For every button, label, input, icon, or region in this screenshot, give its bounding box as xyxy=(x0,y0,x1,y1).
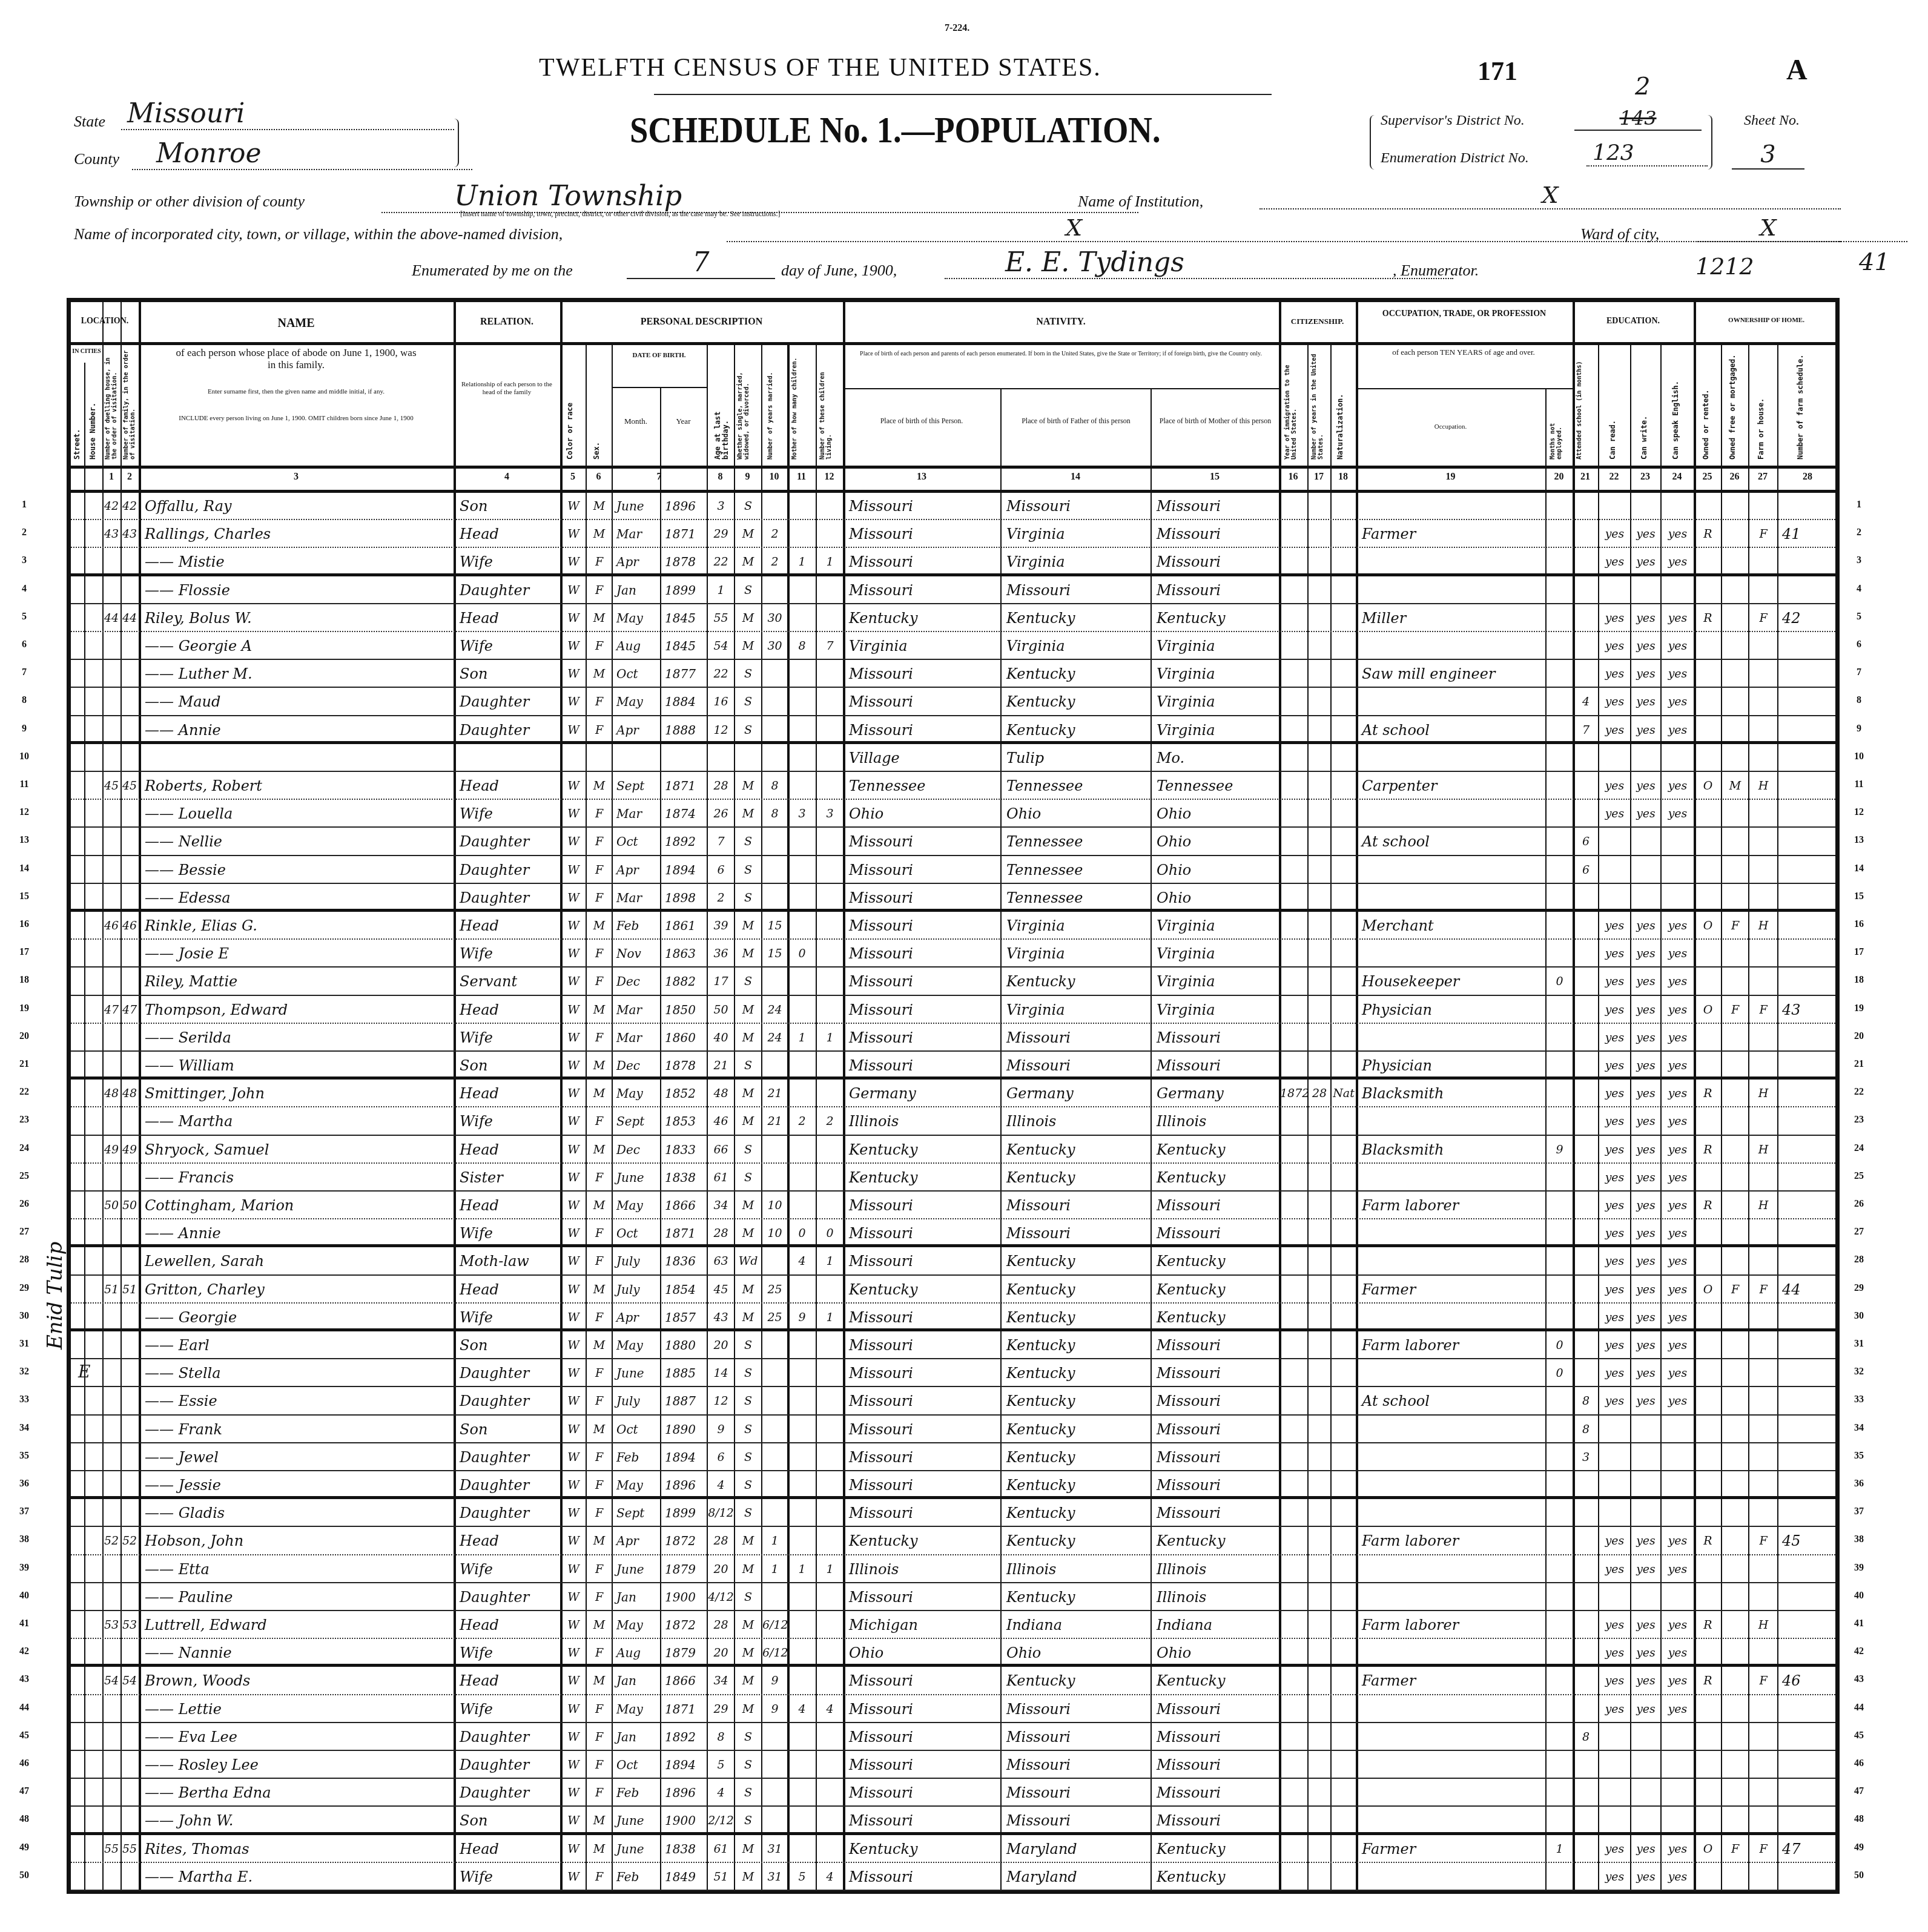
years-married-cell[interactable] xyxy=(762,1052,787,1080)
relation-cell[interactable]: Daughter xyxy=(456,1779,559,1807)
immigration-year-cell[interactable] xyxy=(1280,1331,1307,1359)
years-married-cell[interactable] xyxy=(762,716,787,744)
can-write-cell[interactable] xyxy=(1631,744,1660,772)
naturalization-cell[interactable] xyxy=(1332,1667,1356,1695)
occupation-cell[interactable] xyxy=(1358,1359,1545,1387)
immigration-year-cell[interactable] xyxy=(1280,1416,1307,1443)
immigration-year-cell[interactable] xyxy=(1280,1527,1307,1555)
occupation-cell[interactable] xyxy=(1358,800,1545,828)
farm-or-house-cell[interactable] xyxy=(1749,632,1777,660)
school-months-cell[interactable] xyxy=(1574,1107,1598,1135)
children-born-cell[interactable]: 1 xyxy=(788,1555,816,1583)
owned-rented-cell[interactable] xyxy=(1695,1471,1721,1499)
can-speak-english-cell[interactable]: yes xyxy=(1662,1107,1694,1135)
school-months-cell[interactable] xyxy=(1574,632,1598,660)
children-born-cell[interactable] xyxy=(788,492,816,520)
immigration-year-cell[interactable] xyxy=(1280,1835,1307,1863)
family-number-cell[interactable] xyxy=(120,1304,139,1331)
owned-rented-cell[interactable] xyxy=(1695,1443,1721,1471)
months-unemployed-cell[interactable] xyxy=(1547,1779,1573,1807)
mother-birthplace-cell[interactable]: Missouri xyxy=(1153,1751,1279,1779)
birth-year-cell[interactable]: 1849 xyxy=(661,1863,707,1891)
farm-schedule-number-cell[interactable] xyxy=(1778,688,1838,716)
immigration-year-cell[interactable] xyxy=(1280,968,1307,995)
family-number-cell[interactable]: 50 xyxy=(120,1192,139,1219)
school-months-cell[interactable] xyxy=(1574,1807,1598,1835)
farm-schedule-number-cell[interactable] xyxy=(1778,884,1838,912)
children-born-cell[interactable] xyxy=(788,1779,816,1807)
owned-free-mortgaged-cell[interactable] xyxy=(1722,1304,1748,1331)
person-name-cell[interactable]: Rites, Thomas xyxy=(141,1835,451,1863)
farm-schedule-number-cell[interactable]: 44 xyxy=(1778,1276,1838,1304)
months-unemployed-cell[interactable] xyxy=(1547,1052,1573,1080)
occupation-cell[interactable] xyxy=(1358,884,1545,912)
dwelling-number-cell[interactable] xyxy=(102,968,120,995)
sex-cell[interactable]: M xyxy=(587,1136,612,1164)
school-months-cell[interactable] xyxy=(1574,800,1598,828)
occupation-cell[interactable] xyxy=(1358,1416,1545,1443)
sex-cell[interactable]: F xyxy=(587,1639,612,1667)
immigration-year-cell[interactable] xyxy=(1280,1695,1307,1723)
owned-free-mortgaged-cell[interactable] xyxy=(1722,1611,1748,1639)
birth-year-cell[interactable]: 1838 xyxy=(661,1835,707,1863)
state-field[interactable]: Missouri xyxy=(121,98,454,130)
farm-or-house-cell[interactable] xyxy=(1749,1164,1777,1192)
farm-schedule-number-cell[interactable] xyxy=(1778,1751,1838,1779)
can-speak-english-cell[interactable]: yes xyxy=(1662,1863,1694,1891)
years-in-us-cell[interactable] xyxy=(1309,968,1330,995)
birthplace-cell[interactable]: Missouri xyxy=(845,940,1000,968)
birth-month-cell[interactable]: Sept xyxy=(613,1107,660,1135)
birth-year-cell[interactable]: 1890 xyxy=(661,1416,707,1443)
children-born-cell[interactable] xyxy=(788,1751,816,1779)
years-in-us-cell[interactable] xyxy=(1309,1499,1330,1527)
can-write-cell[interactable] xyxy=(1631,492,1660,520)
can-speak-english-cell[interactable]: yes xyxy=(1662,604,1694,632)
birthplace-cell[interactable]: Illinois xyxy=(845,1555,1000,1583)
can-speak-english-cell[interactable]: yes xyxy=(1662,1611,1694,1639)
years-married-cell[interactable] xyxy=(762,856,787,884)
owned-free-mortgaged-cell[interactable] xyxy=(1722,1583,1748,1611)
can-read-cell[interactable]: yes xyxy=(1599,1304,1630,1331)
owned-rented-cell[interactable] xyxy=(1695,1247,1721,1275)
marital-status-cell[interactable]: S xyxy=(735,1359,761,1387)
dwelling-number-cell[interactable]: 43 xyxy=(102,520,120,548)
relation-cell[interactable]: Son xyxy=(456,660,559,688)
mother-birthplace-cell[interactable]: Kentucky xyxy=(1153,1276,1279,1304)
person-name-cell[interactable]: Offallu, Ray xyxy=(141,492,451,520)
dwelling-number-cell[interactable] xyxy=(102,688,120,716)
mother-birthplace-cell[interactable]: Missouri xyxy=(1153,1387,1279,1415)
relation-cell[interactable]: Head xyxy=(456,604,559,632)
years-married-cell[interactable] xyxy=(762,884,787,912)
occupation-cell[interactable]: Physician xyxy=(1358,996,1545,1024)
children-born-cell[interactable] xyxy=(788,1276,816,1304)
color-race-cell[interactable]: W xyxy=(561,800,586,828)
farm-or-house-cell[interactable] xyxy=(1749,1583,1777,1611)
months-unemployed-cell[interactable] xyxy=(1547,1667,1573,1695)
person-name-cell[interactable]: —— Lettie xyxy=(141,1695,451,1723)
family-number-cell[interactable]: 54 xyxy=(120,1667,139,1695)
mother-birthplace-cell[interactable]: Ohio xyxy=(1153,828,1279,856)
family-number-cell[interactable] xyxy=(120,716,139,744)
family-number-cell[interactable]: 44 xyxy=(120,604,139,632)
children-living-cell[interactable] xyxy=(817,1192,843,1219)
relation-cell[interactable]: Daughter xyxy=(456,1443,559,1471)
school-months-cell[interactable] xyxy=(1574,1583,1598,1611)
owned-free-mortgaged-cell[interactable] xyxy=(1722,1052,1748,1080)
naturalization-cell[interactable] xyxy=(1332,940,1356,968)
months-unemployed-cell[interactable] xyxy=(1547,912,1573,940)
children-living-cell[interactable] xyxy=(817,1136,843,1164)
marital-status-cell[interactable]: M xyxy=(735,1555,761,1583)
marital-status-cell[interactable]: M xyxy=(735,1080,761,1107)
dwelling-number-cell[interactable]: 48 xyxy=(102,1080,120,1107)
person-name-cell[interactable]: —— Pauline xyxy=(141,1583,451,1611)
father-birthplace-cell[interactable]: Missouri xyxy=(1003,1192,1151,1219)
school-months-cell[interactable]: 8 xyxy=(1574,1387,1598,1415)
marital-status-cell[interactable]: S xyxy=(735,1136,761,1164)
children-living-cell[interactable] xyxy=(817,1835,843,1863)
school-months-cell[interactable] xyxy=(1574,1611,1598,1639)
dwelling-number-cell[interactable]: 42 xyxy=(102,492,120,520)
marital-status-cell[interactable]: M xyxy=(735,996,761,1024)
relation-cell[interactable]: Son xyxy=(456,1052,559,1080)
months-unemployed-cell[interactable] xyxy=(1547,520,1573,548)
age-cell[interactable]: 5 xyxy=(708,1751,734,1779)
color-race-cell[interactable]: W xyxy=(561,492,586,520)
years-in-us-cell[interactable] xyxy=(1309,744,1330,772)
birth-year-cell[interactable]: 1838 xyxy=(661,1164,707,1192)
dwelling-number-cell[interactable] xyxy=(102,660,120,688)
school-months-cell[interactable]: 4 xyxy=(1574,688,1598,716)
marital-status-cell[interactable]: S xyxy=(735,884,761,912)
birth-month-cell[interactable]: Aug xyxy=(613,632,660,660)
school-months-cell[interactable] xyxy=(1574,912,1598,940)
can-speak-english-cell[interactable]: yes xyxy=(1662,1052,1694,1080)
father-birthplace-cell[interactable]: Missouri xyxy=(1003,1807,1151,1835)
immigration-year-cell[interactable] xyxy=(1280,828,1307,856)
school-months-cell[interactable] xyxy=(1574,968,1598,995)
years-married-cell[interactable] xyxy=(762,492,787,520)
color-race-cell[interactable]: W xyxy=(561,1723,586,1751)
years-married-cell[interactable]: 30 xyxy=(762,604,787,632)
relation-cell[interactable]: Wife xyxy=(456,1219,559,1247)
person-name-cell[interactable]: —— Louella xyxy=(141,800,451,828)
relation-cell[interactable]: Head xyxy=(456,996,559,1024)
father-birthplace-cell[interactable]: Missouri xyxy=(1003,1219,1151,1247)
birth-year-cell[interactable]: 1879 xyxy=(661,1639,707,1667)
mother-birthplace-cell[interactable]: Kentucky xyxy=(1153,1527,1279,1555)
occupation-cell[interactable]: Blacksmith xyxy=(1358,1080,1545,1107)
months-unemployed-cell[interactable]: 0 xyxy=(1547,1359,1573,1387)
school-months-cell[interactable]: 3 xyxy=(1574,1443,1598,1471)
owned-free-mortgaged-cell[interactable] xyxy=(1722,744,1748,772)
occupation-cell[interactable] xyxy=(1358,1863,1545,1891)
months-unemployed-cell[interactable]: 1 xyxy=(1547,1835,1573,1863)
occupation-cell[interactable] xyxy=(1358,1555,1545,1583)
years-married-cell[interactable]: 15 xyxy=(762,940,787,968)
years-in-us-cell[interactable] xyxy=(1309,800,1330,828)
farm-or-house-cell[interactable] xyxy=(1749,1751,1777,1779)
farm-schedule-number-cell[interactable] xyxy=(1778,660,1838,688)
children-born-cell[interactable]: 8 xyxy=(788,632,816,660)
months-unemployed-cell[interactable] xyxy=(1547,1024,1573,1052)
farm-schedule-number-cell[interactable] xyxy=(1778,912,1838,940)
owned-free-mortgaged-cell[interactable] xyxy=(1722,1247,1748,1275)
birth-month-cell[interactable] xyxy=(613,744,660,772)
marital-status-cell[interactable]: S xyxy=(735,1387,761,1415)
birth-month-cell[interactable]: Aug xyxy=(613,1639,660,1667)
birthplace-cell[interactable]: Missouri xyxy=(845,1779,1000,1807)
occupation-cell[interactable]: Merchant xyxy=(1358,912,1545,940)
immigration-year-cell[interactable] xyxy=(1280,660,1307,688)
farm-schedule-number-cell[interactable] xyxy=(1778,1723,1838,1751)
years-married-cell[interactable]: 10 xyxy=(762,1192,787,1219)
color-race-cell[interactable]: W xyxy=(561,1835,586,1863)
children-born-cell[interactable] xyxy=(788,1835,816,1863)
owned-free-mortgaged-cell[interactable]: F xyxy=(1722,996,1748,1024)
enumeration-district-field[interactable]: 123 xyxy=(1586,140,1708,166)
birthplace-cell[interactable]: Virginia xyxy=(845,632,1000,660)
birth-month-cell[interactable]: Oct xyxy=(613,660,660,688)
sex-cell[interactable]: F xyxy=(587,940,612,968)
birthplace-cell[interactable]: Missouri xyxy=(845,1499,1000,1527)
dwelling-number-cell[interactable] xyxy=(102,1164,120,1192)
months-unemployed-cell[interactable] xyxy=(1547,1107,1573,1135)
can-speak-english-cell[interactable] xyxy=(1662,1499,1694,1527)
relation-cell[interactable] xyxy=(456,744,559,772)
children-living-cell[interactable] xyxy=(817,1052,843,1080)
father-birthplace-cell[interactable]: Kentucky xyxy=(1003,968,1151,995)
occupation-cell[interactable] xyxy=(1358,1304,1545,1331)
years-married-cell[interactable] xyxy=(762,968,787,995)
can-read-cell[interactable]: yes xyxy=(1599,1611,1630,1639)
dwelling-number-cell[interactable] xyxy=(102,1247,120,1275)
father-birthplace-cell[interactable]: Virginia xyxy=(1003,940,1151,968)
months-unemployed-cell[interactable]: 9 xyxy=(1547,1136,1573,1164)
children-born-cell[interactable] xyxy=(788,1080,816,1107)
can-read-cell[interactable]: yes xyxy=(1599,632,1630,660)
owned-free-mortgaged-cell[interactable]: F xyxy=(1722,1835,1748,1863)
farm-schedule-number-cell[interactable] xyxy=(1778,716,1838,744)
immigration-year-cell[interactable] xyxy=(1280,1107,1307,1135)
age-cell[interactable]: 8 xyxy=(708,1723,734,1751)
sex-cell[interactable] xyxy=(587,744,612,772)
can-read-cell[interactable]: yes xyxy=(1599,1276,1630,1304)
birthplace-cell[interactable]: Kentucky xyxy=(845,1835,1000,1863)
years-married-cell[interactable] xyxy=(762,688,787,716)
color-race-cell[interactable]: W xyxy=(561,1136,586,1164)
age-cell[interactable]: 29 xyxy=(708,520,734,548)
children-born-cell[interactable] xyxy=(788,1136,816,1164)
marital-status-cell[interactable]: S xyxy=(735,1164,761,1192)
farm-or-house-cell[interactable] xyxy=(1749,1304,1777,1331)
birth-year-cell[interactable]: 1872 xyxy=(661,1527,707,1555)
owned-free-mortgaged-cell[interactable]: F xyxy=(1722,1276,1748,1304)
birth-month-cell[interactable]: Oct xyxy=(613,1219,660,1247)
birth-year-cell[interactable]: 1857 xyxy=(661,1304,707,1331)
birth-year-cell[interactable]: 1882 xyxy=(661,968,707,995)
sex-cell[interactable]: F xyxy=(587,1499,612,1527)
father-birthplace-cell[interactable]: Kentucky xyxy=(1003,716,1151,744)
mother-birthplace-cell[interactable]: Missouri xyxy=(1153,1331,1279,1359)
person-name-cell[interactable]: —— Josie E xyxy=(141,940,451,968)
children-living-cell[interactable]: 1 xyxy=(817,1247,843,1275)
months-unemployed-cell[interactable]: 0 xyxy=(1547,1331,1573,1359)
person-name-cell[interactable]: Rallings, Charles xyxy=(141,520,451,548)
can-speak-english-cell[interactable] xyxy=(1662,1443,1694,1471)
immigration-year-cell[interactable] xyxy=(1280,1779,1307,1807)
birth-month-cell[interactable]: Oct xyxy=(613,828,660,856)
children-born-cell[interactable]: 0 xyxy=(788,940,816,968)
naturalization-cell[interactable] xyxy=(1332,1304,1356,1331)
can-read-cell[interactable] xyxy=(1599,744,1630,772)
sheet-number-field[interactable]: 3 xyxy=(1732,140,1804,170)
children-living-cell[interactable] xyxy=(817,1667,843,1695)
months-unemployed-cell[interactable] xyxy=(1547,828,1573,856)
owned-free-mortgaged-cell[interactable] xyxy=(1722,632,1748,660)
owned-free-mortgaged-cell[interactable] xyxy=(1722,1779,1748,1807)
can-speak-english-cell[interactable]: yes xyxy=(1662,1219,1694,1247)
birth-year-cell[interactable]: 1878 xyxy=(661,1052,707,1080)
children-born-cell[interactable] xyxy=(788,1611,816,1639)
family-number-cell[interactable]: 42 xyxy=(120,492,139,520)
person-name-cell[interactable]: —— Nellie xyxy=(141,828,451,856)
age-cell[interactable]: 29 xyxy=(708,1695,734,1723)
owned-free-mortgaged-cell[interactable] xyxy=(1722,1639,1748,1667)
father-birthplace-cell[interactable]: Maryland xyxy=(1003,1863,1151,1891)
can-speak-english-cell[interactable]: yes xyxy=(1662,548,1694,576)
sex-cell[interactable]: F xyxy=(587,1443,612,1471)
children-living-cell[interactable] xyxy=(817,660,843,688)
birthplace-cell[interactable]: Missouri xyxy=(845,968,1000,995)
owned-rented-cell[interactable] xyxy=(1695,1555,1721,1583)
years-in-us-cell[interactable] xyxy=(1309,716,1330,744)
owned-rented-cell[interactable] xyxy=(1695,1723,1721,1751)
can-read-cell[interactable] xyxy=(1599,1443,1630,1471)
children-born-cell[interactable] xyxy=(788,1583,816,1611)
family-number-cell[interactable]: 47 xyxy=(120,996,139,1024)
years-in-us-cell[interactable] xyxy=(1309,1639,1330,1667)
dwelling-number-cell[interactable] xyxy=(102,800,120,828)
farm-schedule-number-cell[interactable]: 45 xyxy=(1778,1527,1838,1555)
can-read-cell[interactable]: yes xyxy=(1599,1164,1630,1192)
marital-status-cell[interactable]: M xyxy=(735,1835,761,1863)
owned-rented-cell[interactable] xyxy=(1695,576,1721,604)
dwelling-number-cell[interactable] xyxy=(102,1416,120,1443)
can-write-cell[interactable]: yes xyxy=(1631,1695,1660,1723)
birthplace-cell[interactable]: Tennessee xyxy=(845,772,1000,800)
can-read-cell[interactable]: yes xyxy=(1599,800,1630,828)
dwelling-number-cell[interactable] xyxy=(102,1695,120,1723)
occupation-cell[interactable] xyxy=(1358,940,1545,968)
birth-month-cell[interactable]: Apr xyxy=(613,548,660,576)
farm-schedule-number-cell[interactable] xyxy=(1778,744,1838,772)
farm-or-house-cell[interactable]: H xyxy=(1749,1080,1777,1107)
farm-or-house-cell[interactable] xyxy=(1749,1024,1777,1052)
can-read-cell[interactable] xyxy=(1599,1779,1630,1807)
can-speak-english-cell[interactable]: yes xyxy=(1662,772,1694,800)
marital-status-cell[interactable]: S xyxy=(735,828,761,856)
family-number-cell[interactable] xyxy=(120,1863,139,1891)
months-unemployed-cell[interactable] xyxy=(1547,1219,1573,1247)
age-cell[interactable]: 61 xyxy=(708,1835,734,1863)
naturalization-cell[interactable] xyxy=(1332,1164,1356,1192)
mother-birthplace-cell[interactable]: Missouri xyxy=(1153,576,1279,604)
father-birthplace-cell[interactable]: Illinois xyxy=(1003,1107,1151,1135)
person-name-cell[interactable]: —— Rosley Lee xyxy=(141,1751,451,1779)
owned-rented-cell[interactable]: O xyxy=(1695,1835,1721,1863)
father-birthplace-cell[interactable]: Virginia xyxy=(1003,632,1151,660)
birth-year-cell[interactable]: 1878 xyxy=(661,548,707,576)
years-married-cell[interactable] xyxy=(762,744,787,772)
birthplace-cell[interactable]: Kentucky xyxy=(845,1276,1000,1304)
birthplace-cell[interactable]: Missouri xyxy=(845,1416,1000,1443)
can-speak-english-cell[interactable] xyxy=(1662,1416,1694,1443)
mother-birthplace-cell[interactable]: Missouri xyxy=(1153,1052,1279,1080)
years-in-us-cell[interactable] xyxy=(1309,1443,1330,1471)
months-unemployed-cell[interactable] xyxy=(1547,1192,1573,1219)
years-in-us-cell[interactable] xyxy=(1309,1107,1330,1135)
naturalization-cell[interactable] xyxy=(1332,884,1356,912)
farm-schedule-number-cell[interactable] xyxy=(1778,828,1838,856)
relation-cell[interactable]: Wife xyxy=(456,1695,559,1723)
family-number-cell[interactable] xyxy=(120,1639,139,1667)
father-birthplace-cell[interactable]: Kentucky xyxy=(1003,604,1151,632)
birth-year-cell[interactable]: 1871 xyxy=(661,1219,707,1247)
dwelling-number-cell[interactable] xyxy=(102,576,120,604)
relation-cell[interactable]: Son xyxy=(456,1416,559,1443)
mother-birthplace-cell[interactable]: Missouri xyxy=(1153,1499,1279,1527)
children-born-cell[interactable] xyxy=(788,1527,816,1555)
birthplace-cell[interactable]: Missouri xyxy=(845,884,1000,912)
children-living-cell[interactable] xyxy=(817,940,843,968)
children-born-cell[interactable]: 4 xyxy=(788,1695,816,1723)
age-cell[interactable]: 34 xyxy=(708,1192,734,1219)
naturalization-cell[interactable] xyxy=(1332,1052,1356,1080)
farm-schedule-number-cell[interactable]: 43 xyxy=(1778,996,1838,1024)
birthplace-cell[interactable]: Missouri xyxy=(845,1443,1000,1471)
age-cell[interactable]: 1 xyxy=(708,576,734,604)
children-born-cell[interactable] xyxy=(788,1499,816,1527)
dwelling-number-cell[interactable]: 50 xyxy=(102,1192,120,1219)
naturalization-cell[interactable] xyxy=(1332,1247,1356,1275)
occupation-cell[interactable]: Farm laborer xyxy=(1358,1192,1545,1219)
owned-rented-cell[interactable] xyxy=(1695,716,1721,744)
person-name-cell[interactable]: —— Eva Lee xyxy=(141,1723,451,1751)
sex-cell[interactable]: F xyxy=(587,1164,612,1192)
occupation-cell[interactable] xyxy=(1358,1024,1545,1052)
birthplace-cell[interactable]: Missouri xyxy=(845,520,1000,548)
marital-status-cell[interactable]: M xyxy=(735,912,761,940)
years-in-us-cell[interactable] xyxy=(1309,1052,1330,1080)
relation-cell[interactable]: Head xyxy=(456,1136,559,1164)
farm-or-house-cell[interactable] xyxy=(1749,660,1777,688)
farm-or-house-cell[interactable] xyxy=(1749,576,1777,604)
naturalization-cell[interactable] xyxy=(1332,632,1356,660)
sex-cell[interactable]: M xyxy=(587,492,612,520)
can-write-cell[interactable]: yes xyxy=(1631,1667,1660,1695)
owned-rented-cell[interactable] xyxy=(1695,1304,1721,1331)
birth-year-cell[interactable]: 1853 xyxy=(661,1107,707,1135)
farm-or-house-cell[interactable] xyxy=(1749,1247,1777,1275)
school-months-cell[interactable] xyxy=(1574,884,1598,912)
birthplace-cell[interactable]: Missouri xyxy=(845,492,1000,520)
person-name-cell[interactable]: Riley, Mattie xyxy=(141,968,451,995)
birthplace-cell[interactable]: Missouri xyxy=(845,1331,1000,1359)
can-write-cell[interactable] xyxy=(1631,1443,1660,1471)
